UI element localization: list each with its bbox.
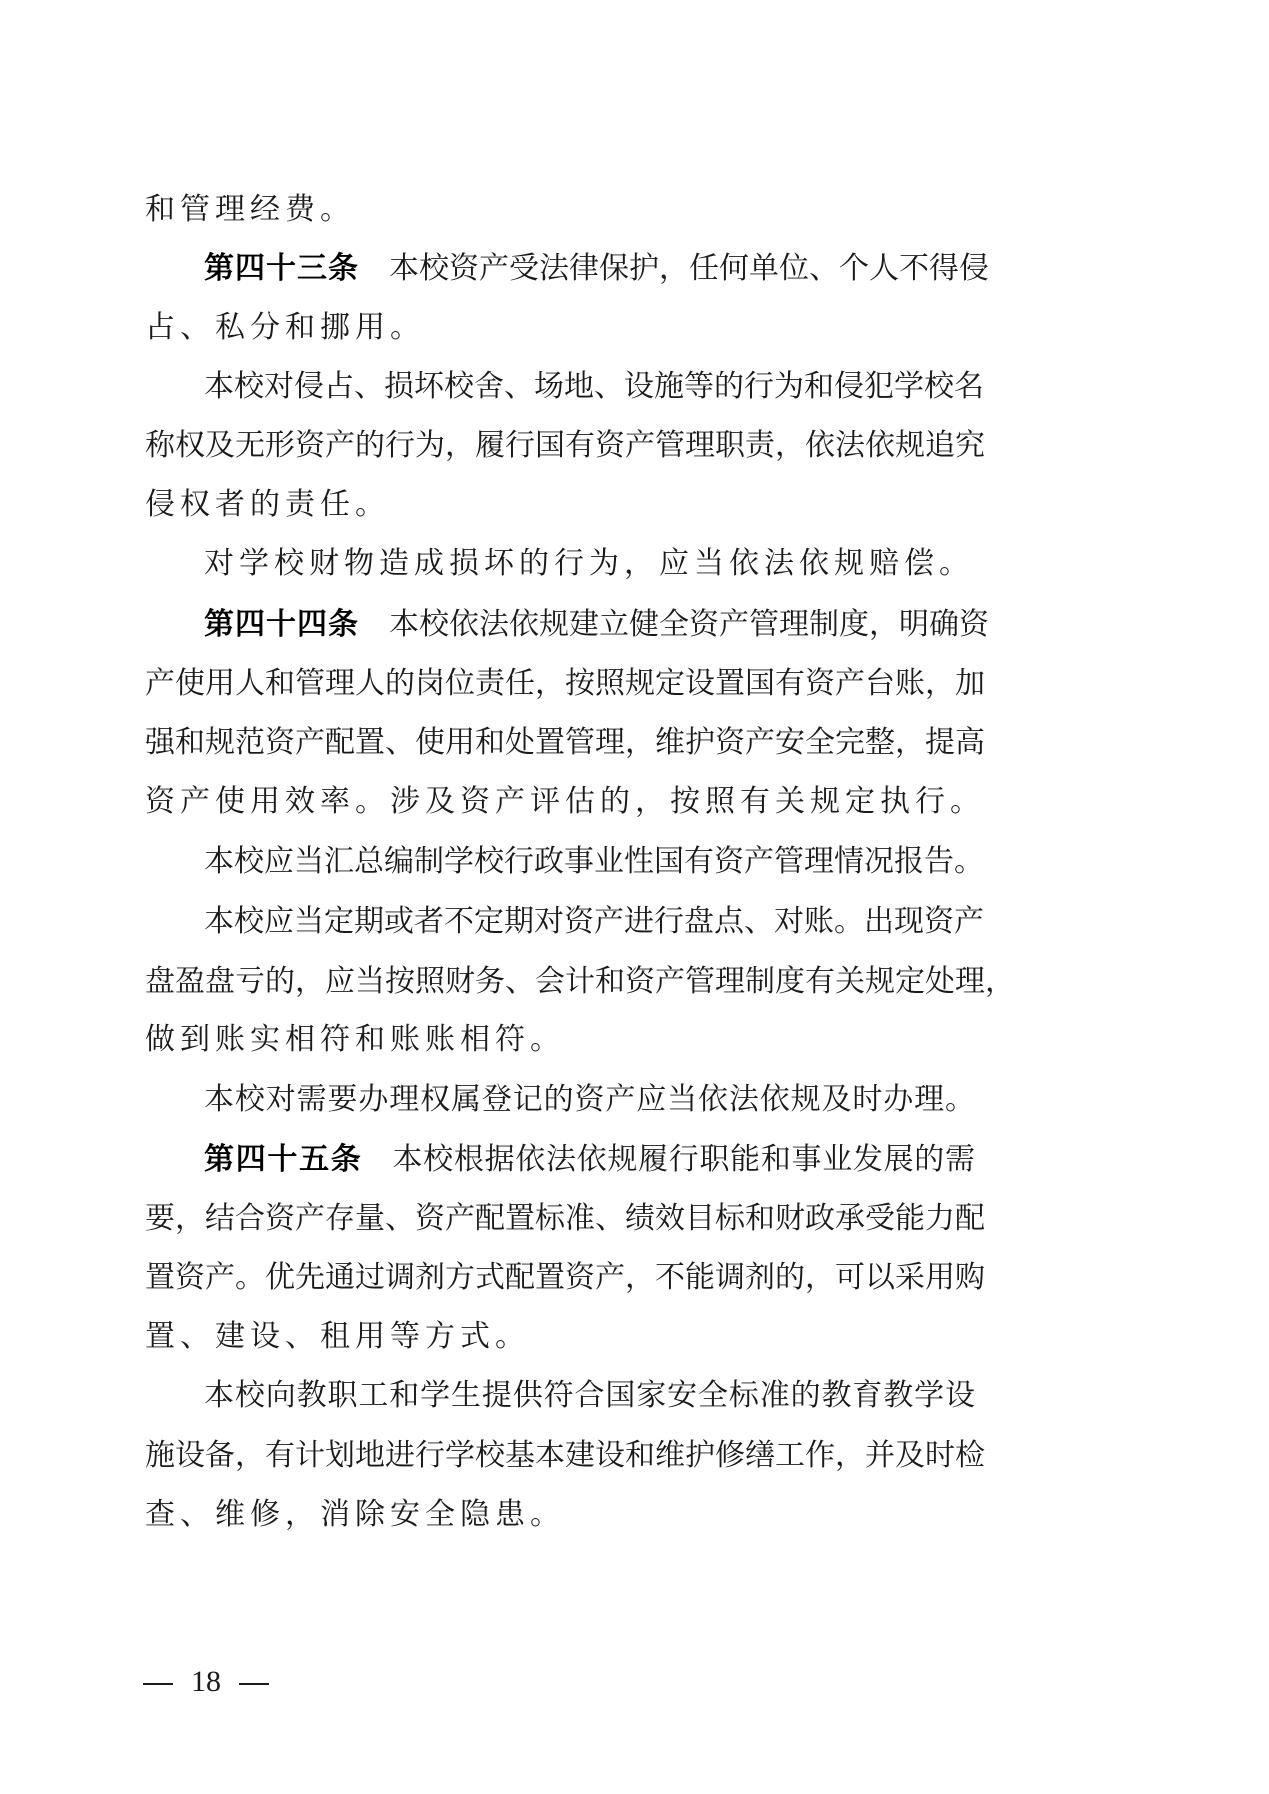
paragraph-line: 侵权者的责任。 — [145, 485, 975, 525]
paragraph-line: 盘盈盘亏的，应当按照财务、会计和资产管理制度有关规定处理， — [145, 962, 975, 1002]
paragraph-line: 对学校财物造成损坏的行为，应当依法依规赔偿。 — [204, 544, 975, 584]
article-text: 本校资产受法律保护，任何单位、个人不得侵 — [389, 251, 989, 286]
paragraph-line: 产使用人和管理人的岗位责任，按照规定设置国有资产台账，加 — [145, 664, 975, 704]
paragraph-line: 置、建设、租用等方式。 — [145, 1317, 975, 1357]
dash-left — [143, 1683, 173, 1685]
paragraph-line: 本校对侵占、损坏校舍、场地、设施等的行为和侵犯学校名 — [204, 367, 975, 407]
article-number: 第四十五条 — [204, 1142, 362, 1177]
paragraph-line: 置资产。优先通过调剂方式配置资产，不能调剂的，可以采用购 — [145, 1258, 975, 1298]
article-text: 本校依法依规建立健全资产管理制度，明确资 — [389, 607, 989, 642]
paragraph-line: 和管理经费。 — [145, 190, 975, 230]
paragraph-line: 占、私分和挪用。 — [145, 308, 975, 348]
document-page: 和管理经费。 第四十三条本校资产受法律保护，任何单位、个人不得侵 占、私分和挪用… — [0, 0, 1269, 1794]
dash-right — [239, 1683, 269, 1685]
paragraph-line: 称权及无形资产的行为，履行国有资产管理职责，依法依规追究 — [145, 426, 975, 466]
paragraph-line: 本校对需要办理权属登记的资产应当依法依规及时办理。 — [204, 1080, 975, 1120]
paragraph-line: 查、维修，消除安全隐患。 — [145, 1495, 975, 1535]
article-44-line: 第四十四条本校依法依规建立健全资产管理制度，明确资 — [204, 605, 975, 645]
page-number-value: 18 — [191, 1662, 221, 1702]
paragraph-line: 要，结合资产存量、资产配置标准、绩效目标和财政承受能力配 — [145, 1199, 975, 1239]
article-number: 第四十三条 — [204, 251, 359, 286]
article-text: 本校根据依法依规履行职能和事业发展的需 — [392, 1142, 975, 1177]
paragraph-line: 强和规范资产配置、使用和处置管理，维护资产安全完整，提高 — [145, 723, 975, 763]
paragraph-line: 做到账实相符和账账相符。 — [145, 1020, 975, 1060]
page-number: 18 — [143, 1662, 269, 1702]
paragraph-line: 施设备，有计划地进行学校基本建设和维护修缮工作，并及时检 — [145, 1436, 975, 1476]
article-number: 第四十四条 — [204, 607, 359, 642]
paragraph-line: 资产使用效率。涉及资产评估的，按照有关规定执行。 — [145, 782, 975, 822]
paragraph-line: 本校应当定期或者不定期对资产进行盘点、对账。出现资产 — [204, 902, 975, 942]
paragraph-line: 本校向教职工和学生提供符合国家安全标准的教育教学设 — [204, 1376, 975, 1416]
article-45-line: 第四十五条本校根据依法依规履行职能和事业发展的需 — [204, 1140, 975, 1180]
paragraph-line: 本校应当汇总编制学校行政事业性国有资产管理情况报告。 — [204, 842, 975, 882]
article-43-line: 第四十三条本校资产受法律保护，任何单位、个人不得侵 — [204, 249, 975, 289]
